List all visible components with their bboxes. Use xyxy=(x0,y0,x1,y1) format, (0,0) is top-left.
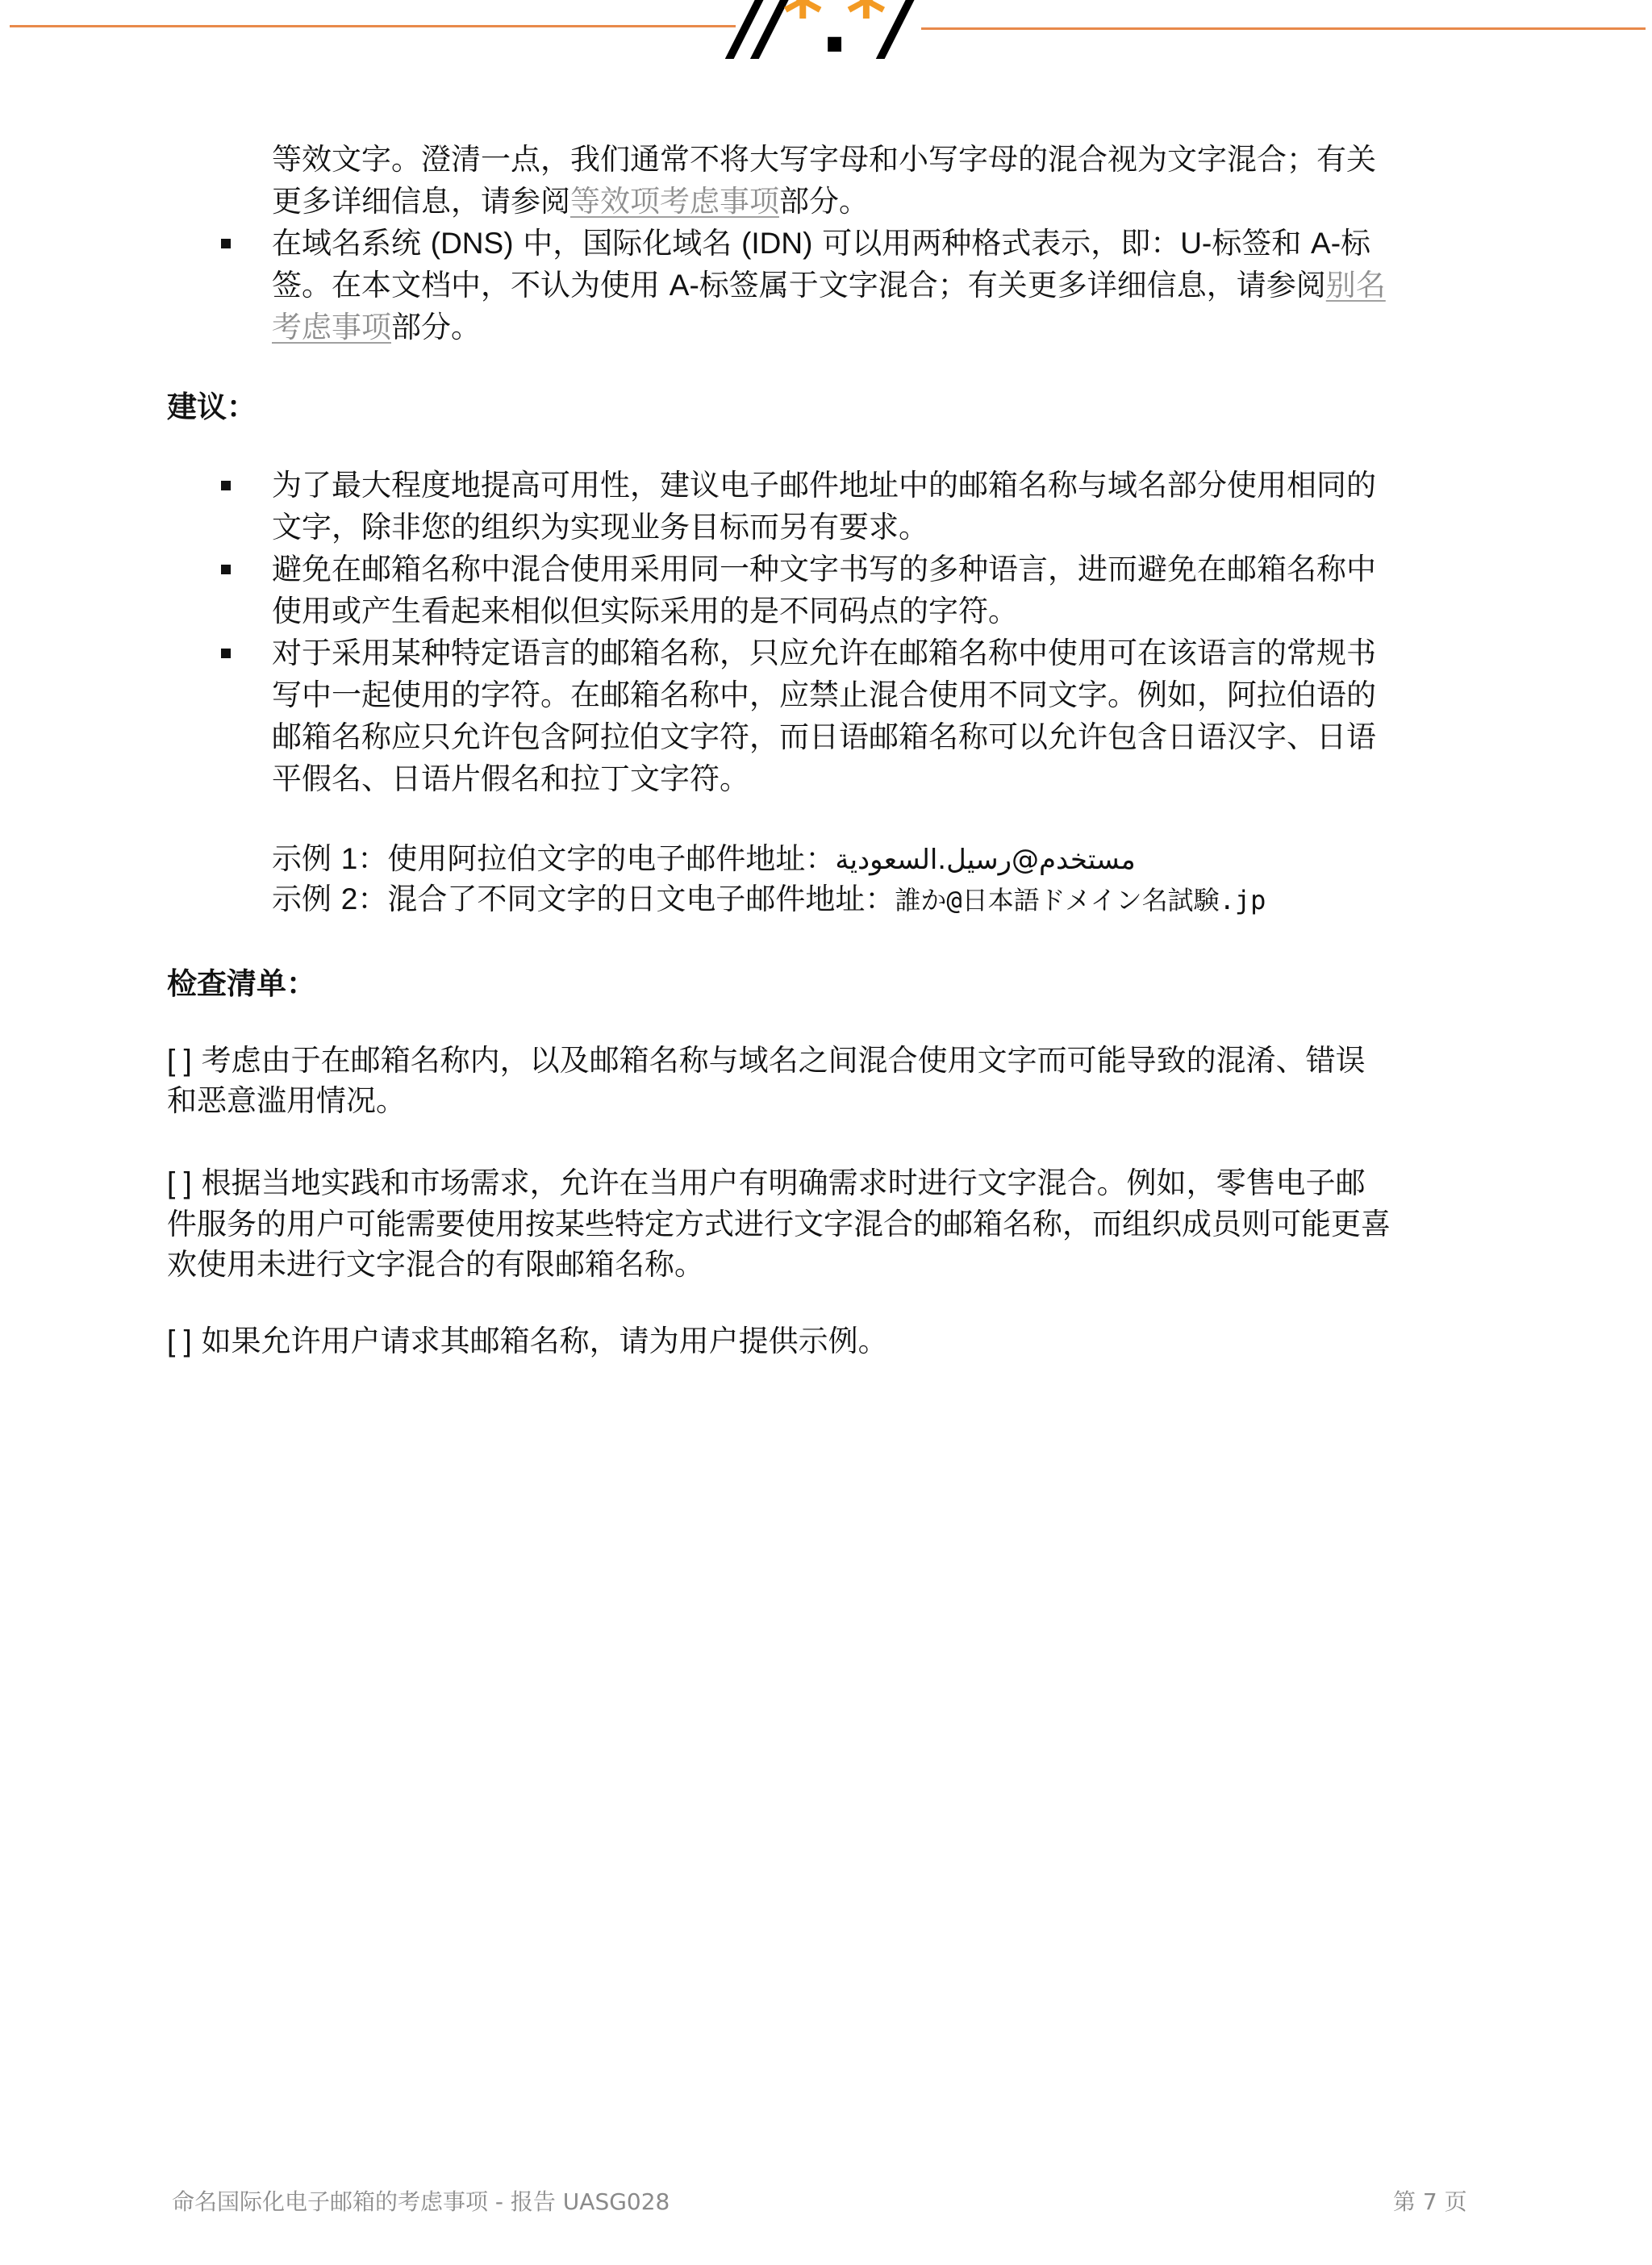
logo-dot-icon: . xyxy=(820,0,845,70)
checklist-item-line: 欢使用未进行文字混合的有限邮箱名称。 xyxy=(167,1244,704,1286)
text-span: 根据当地实践和市场需求，允许在当用户有明确需求时进行文字混合。例如，零售电子邮 xyxy=(202,1166,1366,1200)
text-span: 标签属于文字混合；有关更多详细信息，请参阅 xyxy=(699,268,1326,302)
text-span: 1 xyxy=(341,842,358,875)
example-japanese: 示例 2：混合了不同文字的日文电子邮件地址：誰か@日本語ドメイン名試験.jp xyxy=(272,878,1266,921)
japanese-email-address: 誰か@日本語ドメイン名試験.jp xyxy=(895,885,1266,916)
arabic-email-address: مستخدم@رسيل.السعودية xyxy=(835,844,1135,876)
paragraph-line: 签。在本文档中，不认为使用 A-标签属于文字混合；有关更多详细信息，请参阅别名 xyxy=(272,265,1386,307)
bullet-icon xyxy=(221,565,231,574)
text-span: ：使用阿拉伯文字的电子邮件地址： xyxy=(357,841,835,876)
link-equivalence-considerations[interactable]: 等效项考虑事项 xyxy=(570,184,779,219)
text-span: 如果允许用户请求其邮箱名称，请为用户提供示例。 xyxy=(202,1324,888,1358)
logo-slashes-icon: // xyxy=(732,0,782,70)
checkbox[interactable]: [ ] xyxy=(167,1324,192,1358)
checklist-item-line: 件服务的用户可能需要使用按某些特定方式进行文字混合的邮箱名称，而组织成员则可能更… xyxy=(167,1203,1391,1245)
footer-page-number: 第 7 页 xyxy=(1393,2186,1467,2218)
text-span: 可以用两种格式表示，即： xyxy=(812,226,1180,261)
paragraph-line: 更多详细信息，请参阅等效项考虑事项部分。 xyxy=(272,181,869,223)
checklist-heading: 检查清单： xyxy=(167,963,316,1005)
checklist-item: [ ] 如果允许用户请求其邮箱名称，请为用户提供示例。 xyxy=(167,1320,888,1362)
text-span: 更多详细信息，请参阅 xyxy=(272,184,570,219)
text-span: 在域名系统 xyxy=(272,226,431,261)
recommendations-heading: 建议： xyxy=(167,386,257,428)
recommendation-line: 写中一起使用的字符。在邮箱名称中，应禁止混合使用不同文字。例如，阿拉伯语的 xyxy=(272,674,1376,716)
link-alias-considerations[interactable]: 考虑事项 xyxy=(272,310,391,344)
header-rule-right xyxy=(921,27,1646,30)
text-span: ：混合了不同文字的日文电子邮件地址： xyxy=(357,882,895,916)
text-span: 标签和 xyxy=(1212,226,1311,261)
footer-document-title: 命名国际化电子邮箱的考虑事项 - 报告 UASG028 xyxy=(172,2186,670,2218)
text-span: 2 xyxy=(341,882,358,916)
header-rule-left xyxy=(10,25,736,27)
text-span: A- xyxy=(670,269,699,302)
recommendation-line: 邮箱名称应只允许包含阿拉伯文字符，而日语邮箱名称可以允许包含日语汉字、日语 xyxy=(272,716,1376,758)
text-span: 部分。 xyxy=(779,184,869,219)
checklist-item: [ ] 根据当地实践和市场需求，允许在当用户有明确需求时进行文字混合。例如，零售… xyxy=(167,1162,1366,1204)
text-span: 中，国际化域名 xyxy=(514,226,742,261)
text-span: 签。在本文档中，不认为使用 xyxy=(272,268,670,302)
paragraph-line: 在域名系统 (DNS) 中，国际化域名 (IDN) 可以用两种格式表示，即：U-… xyxy=(272,223,1370,265)
bullet-icon xyxy=(221,649,231,658)
text-span: 考虑由于在邮箱名称内，以及邮箱名称与域名之间混合使用文字而可能导致的混淆、错误 xyxy=(202,1043,1366,1078)
recommendation-line: 为了最大程度地提高可用性，建议电子邮件地址中的邮箱名称与域名部分使用相同的 xyxy=(272,465,1376,507)
text-span: U- xyxy=(1180,227,1212,260)
checklist-item-line: 和恶意滥用情况。 xyxy=(167,1080,406,1122)
logo-asterisk-icon: * xyxy=(846,0,883,59)
text-span: 示例 xyxy=(272,841,341,876)
text-span: 部分。 xyxy=(391,310,481,344)
paragraph-line: 等效文字。澄清一点，我们通常不将大写字母和小写字母的混合视为文字混合；有关 xyxy=(272,139,1376,181)
text-span: 示例 xyxy=(272,882,341,916)
text-span: (DNS) xyxy=(431,227,514,260)
recommendation-line: 文字，除非您的组织为实现业务目标而另有要求。 xyxy=(272,507,928,549)
example-arabic: 示例 1：使用阿拉伯文字的电子邮件地址：مستخدم@رسيل.السعودية xyxy=(272,838,1136,881)
logo-slash-icon: / xyxy=(883,0,908,70)
link-alias-considerations[interactable]: 别名 xyxy=(1326,268,1386,302)
recommendation-line: 平假名、日语片假名和拉丁文字符。 xyxy=(272,758,749,800)
logo-asterisk-icon: * xyxy=(782,0,820,59)
bullet-icon xyxy=(221,239,231,248)
paragraph-line: 考虑事项部分。 xyxy=(272,307,481,348)
bullet-icon xyxy=(221,481,231,490)
checkbox[interactable]: [ ] xyxy=(167,1166,192,1199)
recommendation-line: 使用或产生看起来相似但实际采用的是不同码点的字符。 xyxy=(272,590,1018,632)
recommendation-line: 避免在邮箱名称中混合使用采用同一种文字书写的多种语言，进而避免在邮箱名称中 xyxy=(272,549,1376,590)
uasg-logo: //*.*/ xyxy=(732,0,921,61)
recommendation-line: 对于采用某种特定语言的邮箱名称，只应允许在邮箱名称中使用可在该语言的常规书 xyxy=(272,632,1376,674)
checkbox[interactable]: [ ] xyxy=(167,1044,192,1077)
checklist-item: [ ] 考虑由于在邮箱名称内，以及邮箱名称与域名之间混合使用文字而可能导致的混淆… xyxy=(167,1040,1366,1082)
text-span: (IDN) xyxy=(741,227,812,260)
text-span: A- xyxy=(1311,227,1341,260)
text-span: 标 xyxy=(1341,226,1370,261)
